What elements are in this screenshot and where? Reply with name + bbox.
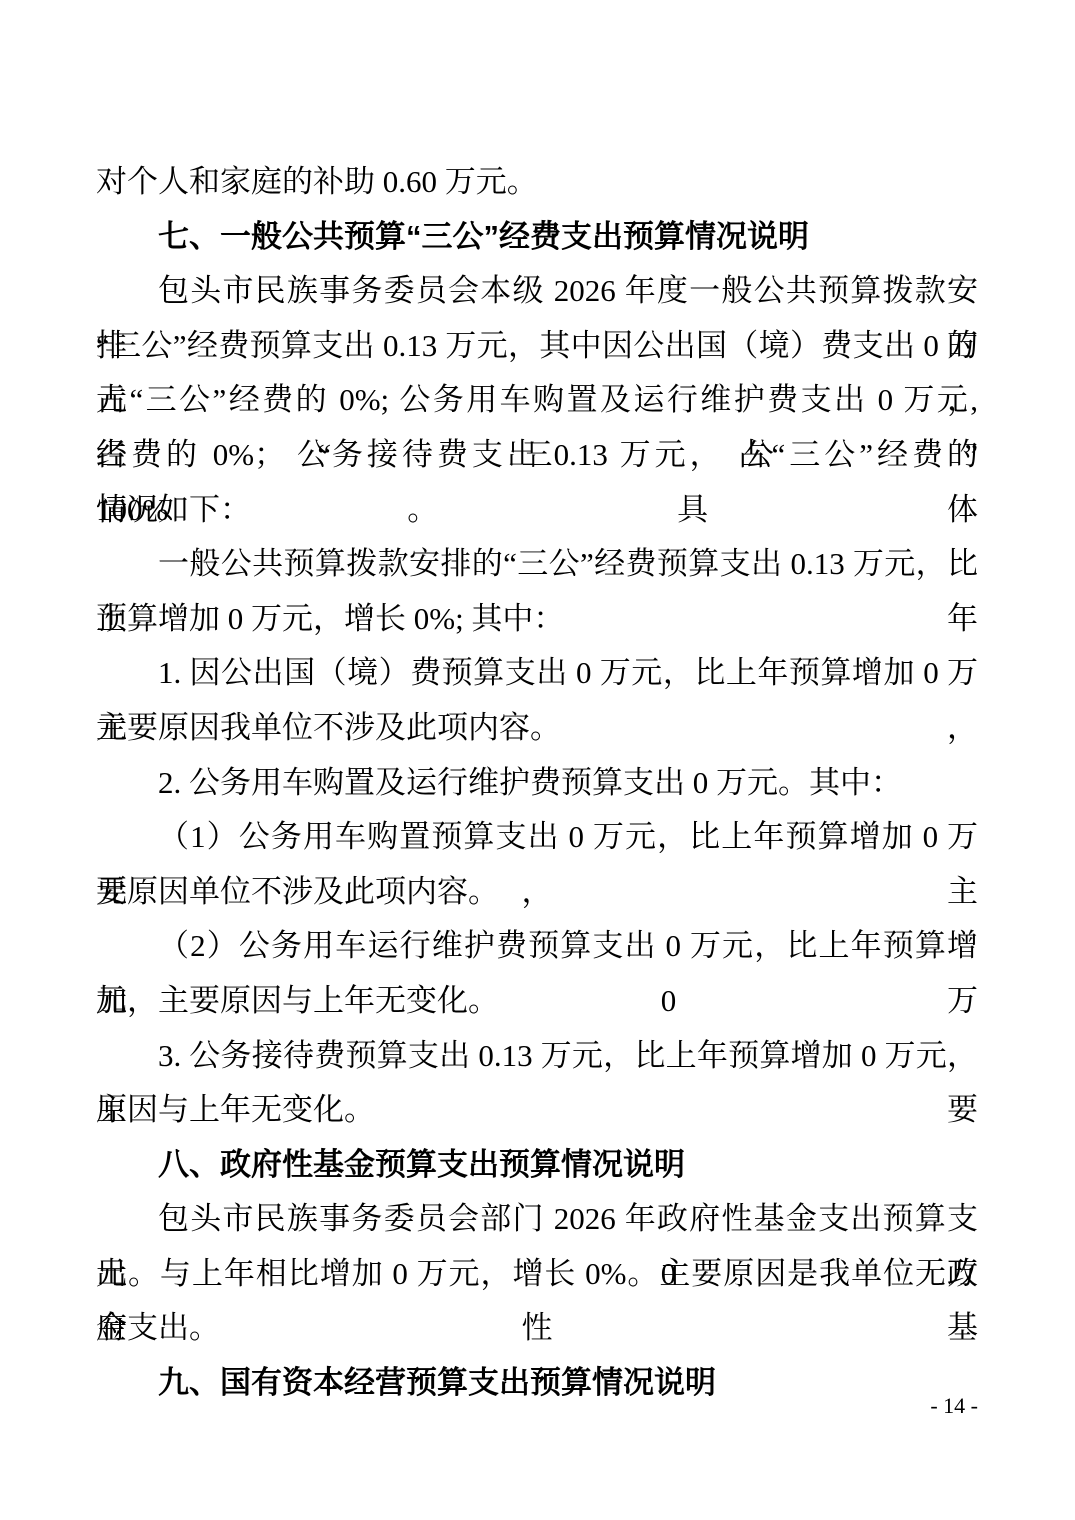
document-text-block: 对个人和家庭的补助 0.60 万元。 七、一般公共预算“三公”经费支出预算情况说… xyxy=(96,155,978,1411)
document-page: 对个人和家庭的补助 0.60 万元。 七、一般公共预算“三公”经费支出预算情况说… xyxy=(0,0,1075,1520)
doc-line: 包头市民族事务委员会部门 2026 年政府性基金支出预算支出 0 万 xyxy=(96,1192,978,1247)
doc-line-item-2-1: （1）公务用车购置预算支出 0 万元，比上年预算增加 0 万元，主 xyxy=(96,810,978,865)
doc-line: 占“三公”经费的 0%; 公务用车购置及运行维护费支出 0 万元,占“三公” xyxy=(96,373,978,428)
doc-line-item-2-2: （2）公务用车运行维护费预算支出 0 万元，比上年预算增加 0 万 xyxy=(96,919,978,974)
doc-line: “三公”经费预算支出 0.13 万元，其中因公出国（境）费支出 0 万元， xyxy=(96,319,978,374)
page-number: - 14 - xyxy=(930,1391,978,1421)
doc-line-item-2: 2. 公务用车购置及运行维护费预算支出 0 万元。其中： xyxy=(96,756,978,811)
doc-line: 经费的 0%； 公务接待费支出 0.13 万元， 占“三公”经费的 100%。具… xyxy=(96,428,978,483)
doc-line-item-1: 1. 因公出国（境）费预算支出 0 万元，比上年预算增加 0 万元， xyxy=(96,646,978,701)
doc-line: 一般公共预算拨款安排的“三公”经费预算支出 0.13 万元，比上年 xyxy=(96,537,978,592)
section-heading-9-state-capital: 九、国有资本经营预算支出预算情况说明 xyxy=(96,1356,978,1411)
doc-line: 元。与上年相比增加 0 万元，增长 0%。主要原因是我单位无政府性基 xyxy=(96,1247,978,1302)
section-heading-8-government-fund: 八、政府性基金预算支出预算情况说明 xyxy=(96,1138,978,1193)
doc-line-item-3: 3. 公务接待费预算支出 0.13 万元，比上年预算增加 0 万元，主要 xyxy=(96,1029,978,1084)
doc-line: 对个人和家庭的补助 0.60 万元。 xyxy=(96,155,978,210)
doc-line: 包头市民族事务委员会本级 2026 年度一般公共预算拨款安排的 xyxy=(96,264,978,319)
section-heading-7-sangong-expense: 七、一般公共预算“三公”经费支出预算情况说明 xyxy=(96,210,978,265)
